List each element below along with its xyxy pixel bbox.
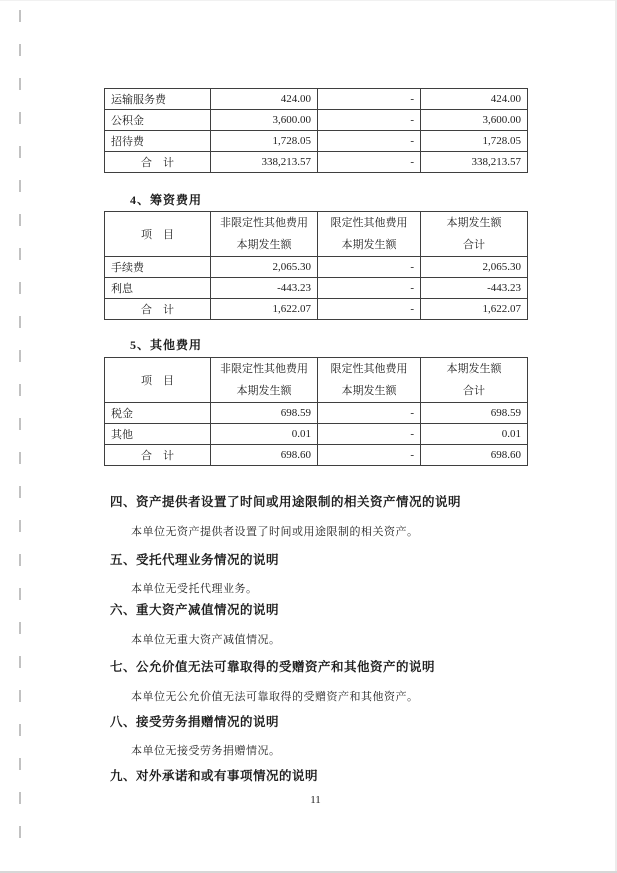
total-label: 合 计	[105, 445, 211, 466]
note-body-5: 本单位无受托代理业务。	[131, 580, 258, 596]
amount-cell: -443.23	[421, 278, 528, 299]
header-line: 本期发生额	[211, 383, 317, 399]
amount-cell: -	[318, 424, 421, 445]
table-row: 公积金 3,600.00 - 3,600.00	[105, 110, 528, 131]
amount-cell: -	[318, 299, 421, 320]
amount-cell: 3,600.00	[421, 110, 528, 131]
table-row: 其他 0.01 - 0.01	[105, 424, 528, 445]
amount-cell: -	[318, 110, 421, 131]
note-title-4: 四、资产提供者设置了时间或用途限制的相关资产情况的说明	[110, 492, 461, 510]
header-unrestricted: 非限定性其他费用 本期发生额	[211, 358, 318, 403]
amount-cell: -	[318, 445, 421, 466]
note-body-4: 本单位无资产提供者设置了时间或用途限制的相关资产。	[131, 523, 419, 539]
amount-cell: 2,065.30	[211, 257, 318, 278]
amount-cell: 698.59	[211, 403, 318, 424]
amount-cell: 1,728.05	[421, 131, 528, 152]
table-total-row: 合 计 1,622.07 - 1,622.07	[105, 299, 528, 320]
note-title-6: 六、重大资产减值情况的说明	[110, 600, 279, 618]
table-header-row: 项 目 非限定性其他费用 本期发生额 限定性其他费用 本期发生额 本期发生额 合…	[105, 358, 528, 403]
amount-cell: 338,213.57	[421, 152, 528, 173]
page-number: 11	[104, 794, 527, 806]
header-item: 项 目	[105, 212, 211, 257]
financing-expense-table: 项 目 非限定性其他费用 本期发生额 限定性其他费用 本期发生额 本期发生额 合…	[104, 211, 528, 320]
table-row: 运输服务费 424.00 - 424.00	[105, 89, 528, 110]
total-label: 合 计	[105, 152, 211, 173]
header-line: 本期发生额	[318, 383, 420, 399]
amount-cell: 698.60	[211, 445, 318, 466]
other-expense-table: 项 目 非限定性其他费用 本期发生额 限定性其他费用 本期发生额 本期发生额 合…	[104, 357, 528, 466]
expense-table-continuation: 运输服务费 424.00 - 424.00 公积金 3,600.00 - 3,6…	[104, 88, 528, 173]
section-heading-other-expenses: 5、其他费用	[130, 336, 202, 353]
scanned-document-page: 运输服务费 424.00 - 424.00 公积金 3,600.00 - 3,6…	[0, 0, 617, 873]
row-label: 利息	[105, 278, 211, 299]
header-line: 非限定性其他费用	[211, 215, 317, 231]
row-label: 手续费	[105, 257, 211, 278]
amount-cell: 0.01	[211, 424, 318, 445]
table-total-row: 合 计 698.60 - 698.60	[105, 445, 528, 466]
row-label: 税金	[105, 403, 211, 424]
amount-cell: -	[318, 89, 421, 110]
header-line: 合计	[421, 383, 527, 399]
section-heading-financing: 4、筹资费用	[130, 191, 202, 208]
table-row: 招待费 1,728.05 - 1,728.05	[105, 131, 528, 152]
note-title-5: 五、受托代理业务情况的说明	[110, 550, 279, 568]
header-line: 本期发生额	[211, 237, 317, 253]
note-title-7: 七、公允价值无法可靠取得的受赠资产和其他资产的说明	[110, 657, 435, 675]
header-line: 限定性其他费用	[318, 361, 420, 377]
header-unrestricted: 非限定性其他费用 本期发生额	[211, 212, 318, 257]
amount-cell: 1,622.07	[211, 299, 318, 320]
amount-cell: -	[318, 152, 421, 173]
row-label: 招待费	[105, 131, 211, 152]
header-total: 本期发生额 合计	[421, 212, 528, 257]
header-line: 本期发生额	[421, 361, 527, 377]
amount-cell: -	[318, 278, 421, 299]
row-label: 其他	[105, 424, 211, 445]
header-line: 本期发生额	[421, 215, 527, 231]
amount-cell: 698.59	[421, 403, 528, 424]
amount-cell: 338,213.57	[211, 152, 318, 173]
amount-cell: 424.00	[421, 89, 528, 110]
table-total-row: 合 计 338,213.57 - 338,213.57	[105, 152, 528, 173]
amount-cell: -443.23	[211, 278, 318, 299]
note-title-9: 九、对外承诺和或有事项情况的说明	[110, 766, 318, 784]
table-row: 利息 -443.23 - -443.23	[105, 278, 528, 299]
row-label: 公积金	[105, 110, 211, 131]
header-item: 项 目	[105, 358, 211, 403]
table-row: 手续费 2,065.30 - 2,065.30	[105, 257, 528, 278]
note-title-8: 八、接受劳务捐赠情况的说明	[110, 712, 279, 730]
scan-binding-marks	[19, 10, 21, 855]
table-row: 税金 698.59 - 698.59	[105, 403, 528, 424]
header-line: 本期发生额	[318, 237, 420, 253]
header-restricted: 限定性其他费用 本期发生额	[318, 212, 421, 257]
amount-cell: -	[318, 131, 421, 152]
total-label: 合 计	[105, 299, 211, 320]
header-restricted: 限定性其他费用 本期发生额	[318, 358, 421, 403]
amount-cell: -	[318, 403, 421, 424]
header-total: 本期发生额 合计	[421, 358, 528, 403]
header-line: 合计	[421, 237, 527, 253]
amount-cell: 2,065.30	[421, 257, 528, 278]
header-line: 非限定性其他费用	[211, 361, 317, 377]
amount-cell: -	[318, 257, 421, 278]
note-body-7: 本单位无公允价值无法可靠取得的受赠资产和其他资产。	[131, 688, 419, 704]
note-body-8: 本单位无接受劳务捐赠情况。	[131, 742, 281, 758]
header-line: 限定性其他费用	[318, 215, 420, 231]
table-header-row: 项 目 非限定性其他费用 本期发生额 限定性其他费用 本期发生额 本期发生额 合…	[105, 212, 528, 257]
amount-cell: 1,622.07	[421, 299, 528, 320]
amount-cell: 1,728.05	[211, 131, 318, 152]
row-label: 运输服务费	[105, 89, 211, 110]
amount-cell: 3,600.00	[211, 110, 318, 131]
amount-cell: 698.60	[421, 445, 528, 466]
amount-cell: 424.00	[211, 89, 318, 110]
note-body-6: 本单位无重大资产减值情况。	[131, 631, 281, 647]
amount-cell: 0.01	[421, 424, 528, 445]
scan-edge-top	[0, 0, 617, 1]
